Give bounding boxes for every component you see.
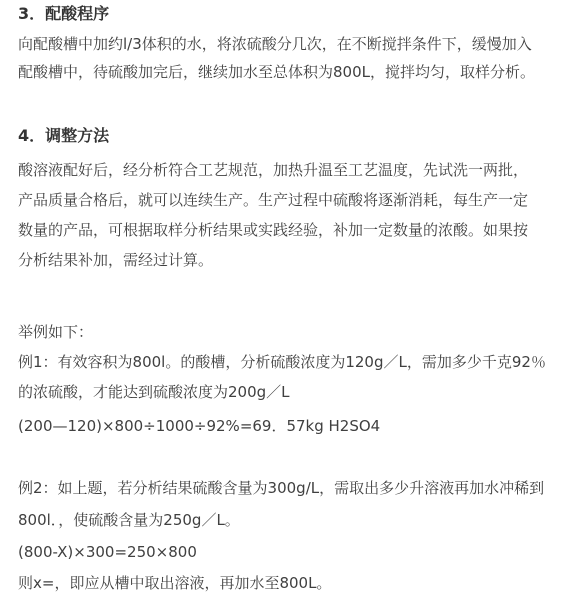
- example-1-line: 例1：有效容积为800l。的酸槽，分析硫酸浓度为120g／L，需加多少千克92％: [18, 347, 558, 377]
- example-2: 例2：如上题，若分析结果硫酸含量为300g/L，需取出多少升溶液再加水冲稀到 8…: [18, 472, 558, 596]
- example-1: 例1：有效容积为800l。的酸槽，分析硫酸浓度为120g／L，需加多少千克92％…: [18, 347, 558, 441]
- section-3-heading: 3．配酸程序: [18, 2, 558, 26]
- paragraph-line: 向配酸槽中加约l/3体积的水，将浓硫酸分几次，在不断搅拌条件下，缓慢加入: [18, 30, 558, 58]
- section-3-paragraph: 向配酸槽中加约l/3体积的水，将浓硫酸分几次，在不断搅拌条件下，缓慢加入 配酸槽…: [18, 30, 558, 86]
- example-2-conclusion: 则x=，即应从槽中取出溶液，再加水至800L。: [18, 568, 558, 596]
- section-4-paragraph: 酸溶液配好后，经分析符合工艺规范，加热升温至工艺温度，先试洗一两批， 产品质量合…: [18, 155, 558, 275]
- example-1-formula: (200—120)×800÷1000÷92%=69．57kg H2SO4: [18, 411, 558, 441]
- example-2-line: 800l．，使硫酸含量为250g／L。: [18, 504, 558, 536]
- examples-intro: 举例如下：: [18, 317, 558, 347]
- paragraph-line: 酸溶液配好后，经分析符合工艺规范，加热升温至工艺温度，先试洗一两批，: [18, 155, 558, 185]
- paragraph-line: 数量的产品，可根据取样分析结果或实践经验，补加一定数量的浓酸。如果按: [18, 215, 558, 245]
- paragraph-line: 配酸槽中，待硫酸加完后，继续加水至总体积为800L，搅拌均匀，取样分析。: [18, 58, 558, 86]
- paragraph-line: 产品质量合格后，就可以连续生产。生产过程中硫酸将逐渐消耗，每生产一定: [18, 185, 558, 215]
- example-2-line: 例2：如上题，若分析结果硫酸含量为300g/L，需取出多少升溶液再加水冲稀到: [18, 472, 558, 504]
- example-2-formula: (800-X)×300=250×800: [18, 536, 558, 568]
- example-1-line: 的浓硫酸，才能达到硫酸浓度为200g／L: [18, 377, 558, 407]
- section-4-heading: 4．调整方法: [18, 124, 558, 148]
- paragraph-line: 分析结果补加，需经过计算。: [18, 245, 558, 275]
- document-page: 3．配酸程序 向配酸槽中加约l/3体积的水，将浓硫酸分几次，在不断搅拌条件下，缓…: [0, 0, 574, 596]
